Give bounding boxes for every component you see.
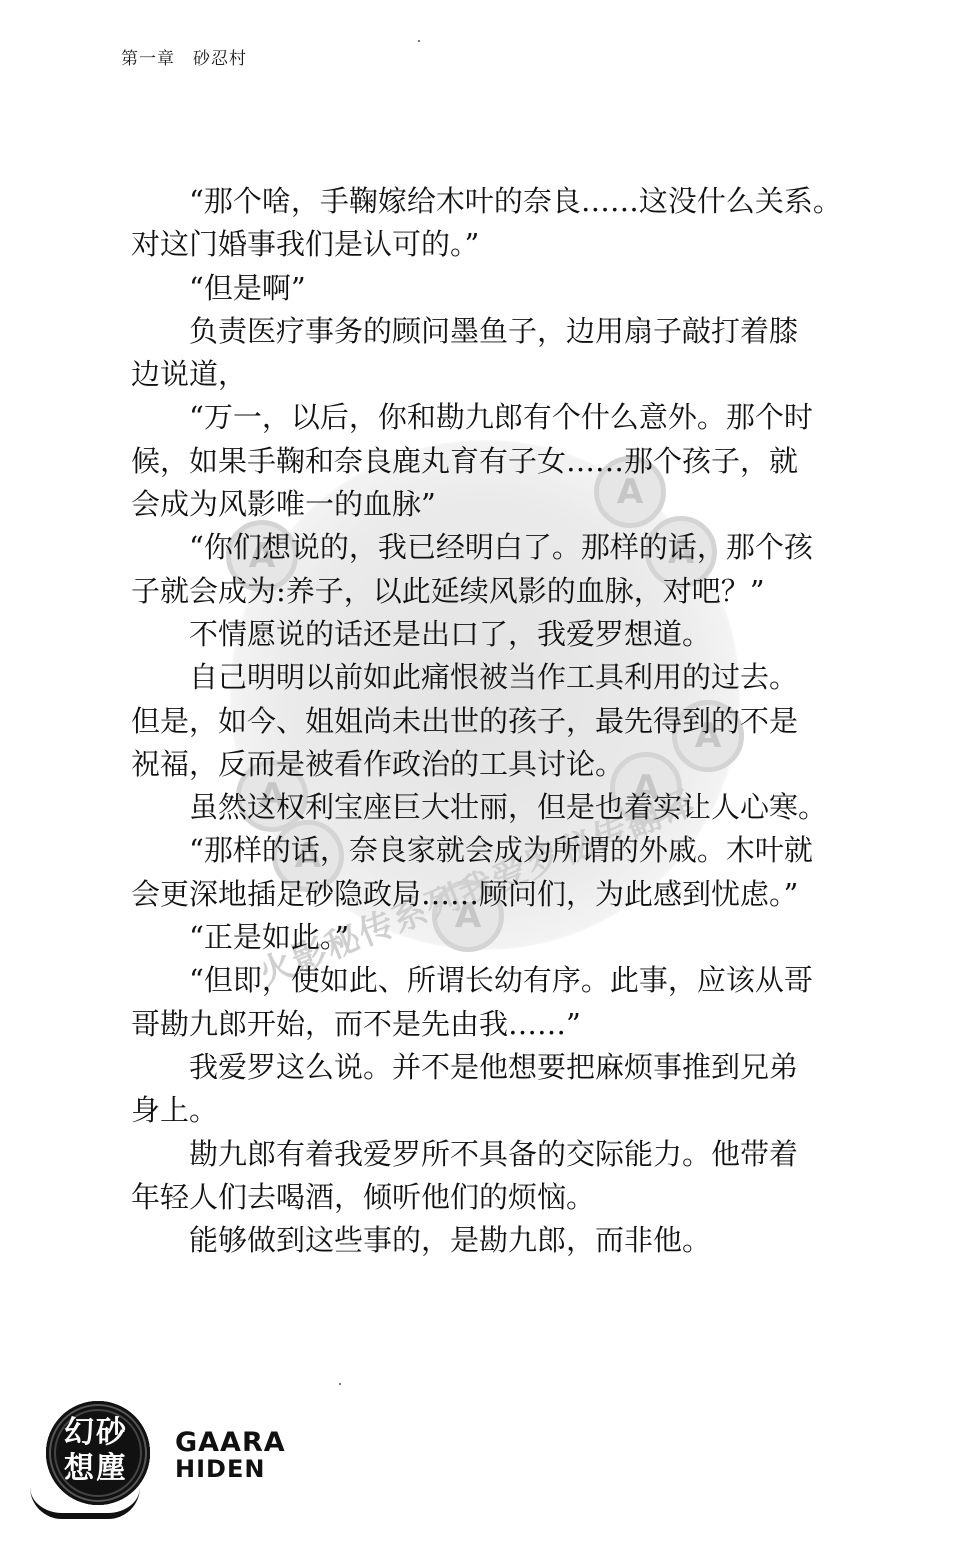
series-logo: 幻砂 想塵 GAARA HIDEN (30, 1395, 310, 1515)
text-line: “那个啥，手鞠嫁给木叶的奈良……这没什么关系。 (131, 180, 861, 223)
text-line: 候，如果手鞠和奈良鹿丸育有子女……那个孩子，就 (131, 440, 861, 483)
scan-speck (418, 40, 420, 42)
text-line: 不情愿说的话还是出口了，我爱罗想道。 (131, 613, 861, 656)
text-line: 哥勘九郎开始，而不是先由我……” (131, 1003, 861, 1046)
running-head: 第一章砂忍村 (121, 44, 247, 69)
text-line: “但即，使如此、所谓长幼有序。此事，应该从哥 (131, 959, 861, 1002)
logo-word-gaara: GAARA (175, 1427, 286, 1458)
scan-speck (339, 1383, 341, 1385)
text-line: 边说道， (131, 353, 861, 396)
text-line: 身上。 (131, 1089, 861, 1132)
text-line: “但是啊” (131, 267, 861, 310)
text-line: 对这门婚事我们是认可的。” (131, 223, 861, 266)
text-line: “万一，以后，你和勘九郎有个什么意外。那个时 (131, 396, 861, 439)
logo-kanji-bottom: 想塵 (64, 1451, 140, 1487)
text-line: 祝福，反而是被看作政治的工具讨论。 (131, 743, 861, 786)
logo-word-hiden: HIDEN (175, 1455, 265, 1483)
text-line: 勘九郎有着我爱罗所不具备的交际能力。他带着 (131, 1133, 861, 1176)
text-line: 能够做到这些事的，是勘九郎，而非他。 (131, 1219, 861, 1262)
text-line: “你们想说的，我已经明白了。那样的话，那个孩 (131, 526, 861, 569)
text-line: 会成为风影唯一的血脉” (131, 483, 861, 526)
logo-kanji-top: 幻砂 (64, 1415, 140, 1451)
page-body: “那个啥，手鞠嫁给木叶的奈良……这没什么关系。 对这门婚事我们是认可的。” “但… (131, 180, 861, 1262)
text-line: 年轻人们去喝酒，倾听他们的烦恼。 (131, 1176, 861, 1219)
text-line: “那样的话，奈良家就会成为所谓的外戚。木叶就 (131, 829, 861, 872)
logo-kanji: 幻砂 想塵 (64, 1415, 140, 1487)
text-line: 我爱罗这么说。并不是他想要把麻烦事推到兄弟 (131, 1046, 861, 1089)
chapter-number: 第一章 (121, 49, 175, 69)
text-line: “正是如此。” (131, 916, 861, 959)
text-line: 会更深地插足砂隐政局……顾问们，为此感到忧虑。” (131, 873, 861, 916)
text-line: 但是，如今、姐姐尚未出世的孩子，最先得到的不是 (131, 700, 861, 743)
text-line: 自己明明以前如此痛恨被当作工具利用的过去。 (131, 656, 861, 699)
text-line: 子就会成为:养子，以此延续风影的血脉，对吧？” (131, 570, 861, 613)
text-line: 负责医疗事务的顾问墨鱼子，边用扇子敲打着膝 (131, 310, 861, 353)
chapter-title: 砂忍村 (193, 49, 247, 69)
text-line: 虽然这权利宝座巨大壮丽，但是也着实让人心寒。 (131, 786, 861, 829)
